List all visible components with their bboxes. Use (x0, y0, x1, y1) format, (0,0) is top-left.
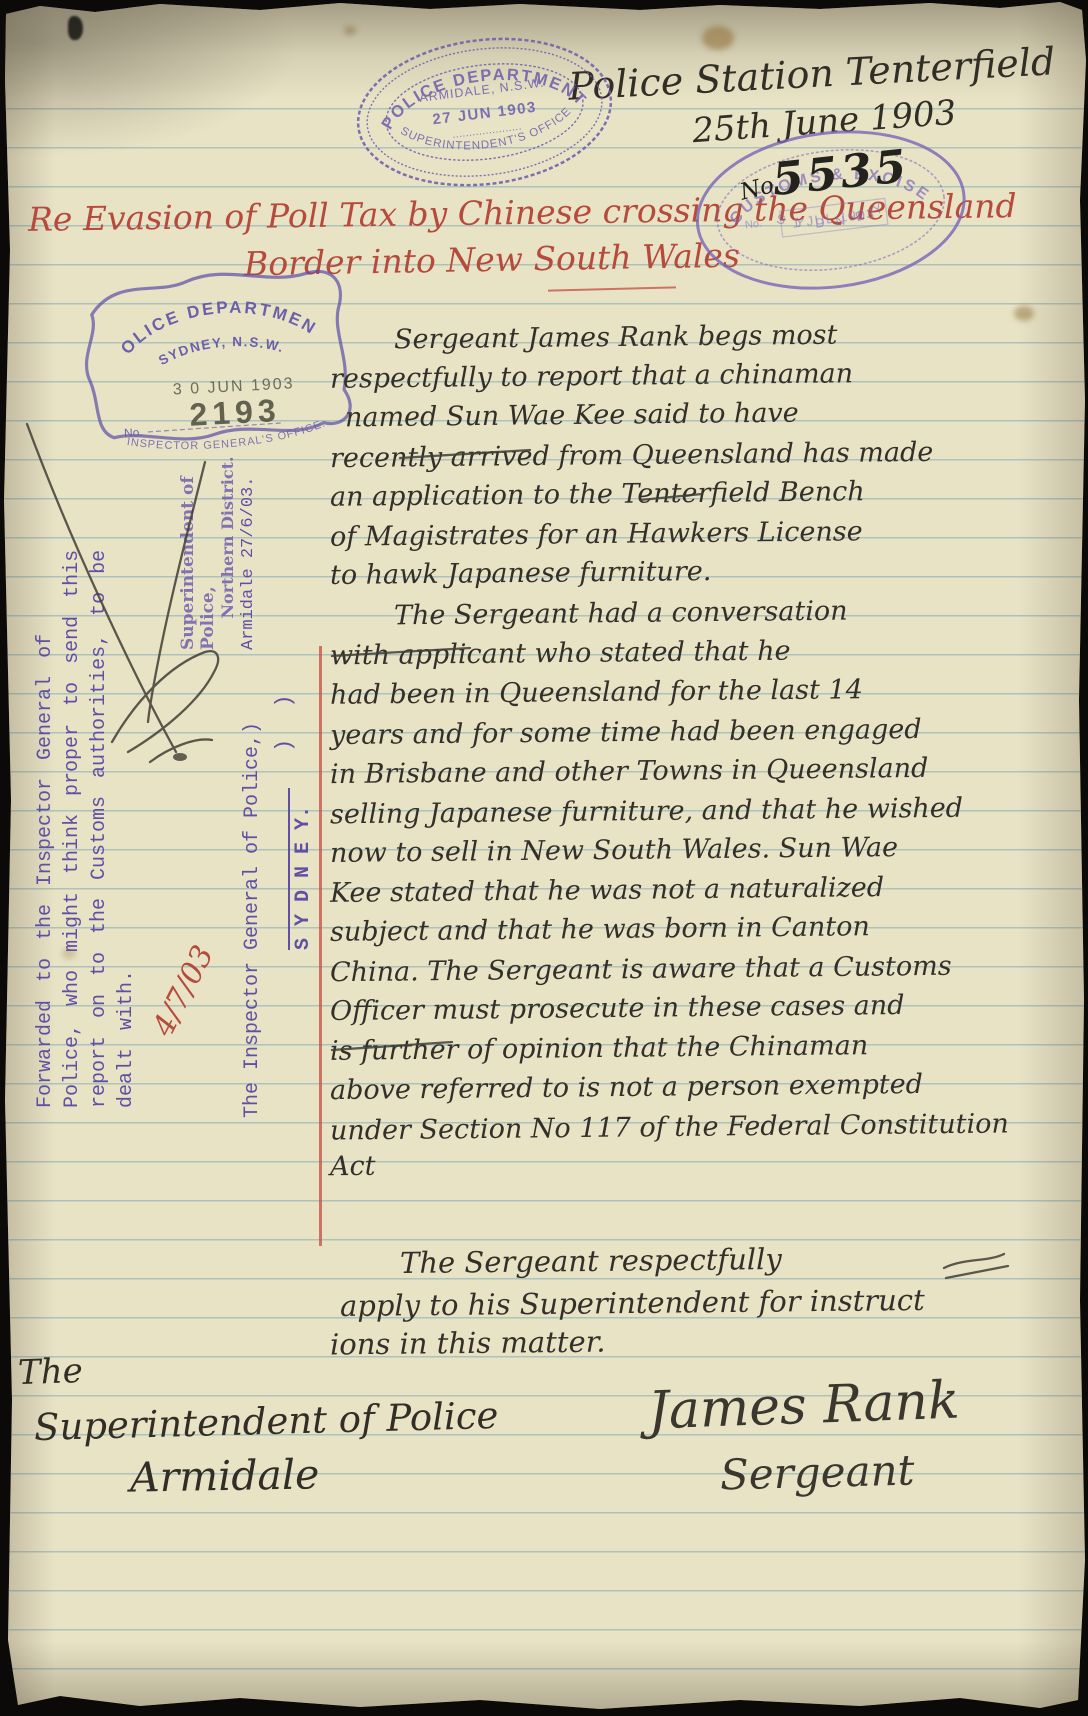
stamp-customs-no-label: No. (744, 218, 762, 232)
margin-forwarding-note: Forwarded to the Inspector General of Po… (32, 440, 140, 1108)
body-line: in Brisbane and other Towns in Queenslan… (330, 753, 929, 790)
ink-blot (68, 16, 83, 40)
body-line: to hawk Japanese furniture. (330, 556, 712, 591)
signoff-armidale: Armidale (130, 1450, 320, 1501)
document-page: Police Station Tenterfield 25th June 190… (0, 0, 1088, 1716)
body-line: apply to his Superintendent for instruct (340, 1283, 925, 1323)
signature-rank-title: Sergeant (719, 1445, 915, 1499)
body-line: recently arrived from Queensland has mad… (330, 437, 934, 474)
body-line: named Sun Wae Kee said to have (345, 398, 799, 434)
body-line: ions in this matter. (330, 1325, 606, 1362)
stamp-sydney-location: SYDNEY, N.S.W. (155, 331, 287, 368)
margin-note-line2: Police, who might think proper to send t… (59, 440, 86, 1108)
body-line: selling Japanese furniture, and that he … (330, 793, 963, 831)
stain-spot (1014, 306, 1034, 321)
addressee-brackets: ) ) (272, 685, 297, 752)
signature-james-rank: James Rank (647, 1371, 960, 1442)
addressee-line: The Inspector General of Police,) (241, 688, 264, 1118)
body-line: of Magistrates for an Hawkers License (330, 516, 863, 553)
stamp-district-line3: Armidale 27/6/03. (239, 425, 258, 650)
addressee-city: S Y D N E Y. (288, 788, 315, 950)
body-line: Act (330, 1151, 376, 1182)
stamp-armidale-date: 27 JUN 1903 (432, 99, 538, 129)
body-line: The Sergeant respectfully (400, 1242, 782, 1280)
body-line: an application to the Tenterfield Bench (330, 476, 865, 513)
margin-note-line3: report on to the Customs authorities, to… (86, 440, 113, 1108)
stamp-armidale-superintendent: POLICE DEPARTMENT SUPERINTENDENT'S OFFIC… (341, 18, 629, 214)
station-heading: Police Station Tenterfield (567, 39, 1056, 108)
body-line: The Sergeant had a conversation (394, 596, 848, 632)
body-line: Officer must prosecute in these cases an… (330, 990, 905, 1027)
body-line: China. The Sergeant is aware that a Cust… (330, 951, 952, 989)
body-line: respectfully to report that a chinaman (330, 358, 853, 394)
body-margin-rule (319, 646, 322, 1246)
stain-spot (702, 26, 734, 50)
body-line: is further of opinion that the Chinaman (330, 1030, 868, 1067)
body-line: Kee stated that he was not a naturalized (330, 872, 884, 909)
stamp-district-line2: Northern District. (218, 425, 237, 650)
body-line: with applicant who stated that he (330, 636, 791, 672)
margin-note-line1: Forwarded to the Inspector General of (32, 440, 59, 1108)
body-line: subject and that he was born in Canton (330, 911, 870, 948)
svg-text:SYDNEY, N.S.W.: SYDNEY, N.S.W. (155, 331, 287, 368)
stamp-customs-excise: CUSTOMS & EXCISE S Y D N E Y No. 1 JUL 1… (677, 109, 986, 315)
body-line: had been in Queensland for the last 14 (330, 674, 863, 711)
stamp-district-line1: Superintendent of Police, (178, 425, 218, 650)
margin-note-line4: dealt with. (113, 440, 140, 1108)
stain-spot (344, 26, 356, 35)
body-line: above referred to is not a person exempt… (330, 1069, 923, 1106)
body-line: now to sell in New South Wales. Sun Wae (330, 832, 898, 869)
body-line: years and for some time had been engaged (330, 714, 922, 751)
stamp-district-vertical: Superintendent of Police, Northern Distr… (178, 425, 258, 650)
signoff-the: The (17, 1351, 83, 1393)
body-line: Sergeant James Rank begs most (394, 320, 838, 356)
